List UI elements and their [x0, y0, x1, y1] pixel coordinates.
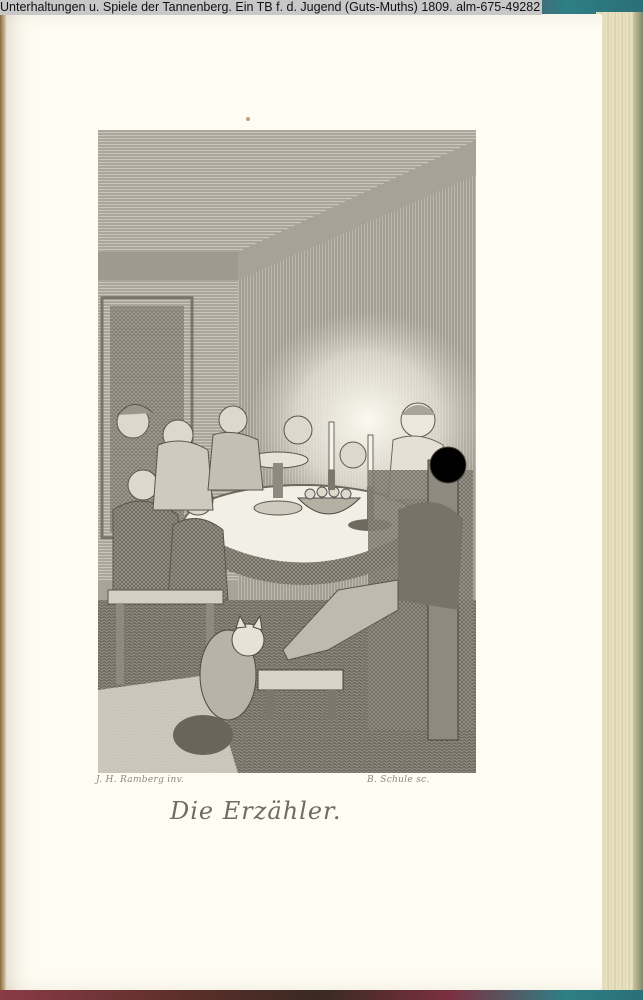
- artist-credit: J. H. Ramberg inv.: [96, 775, 184, 785]
- page-edges: [596, 12, 643, 990]
- plate-title: Die Erzähler.: [170, 797, 342, 825]
- engraving-plate: [98, 130, 476, 773]
- paper-speck: [246, 117, 250, 121]
- candle-left: [329, 422, 334, 470]
- engraver-credit: B. Schule sc.: [367, 775, 430, 785]
- engraving-illustration: [98, 130, 476, 773]
- image-caption: Unterhaltungen u. Spiele der Tannenberg.…: [0, 0, 542, 15]
